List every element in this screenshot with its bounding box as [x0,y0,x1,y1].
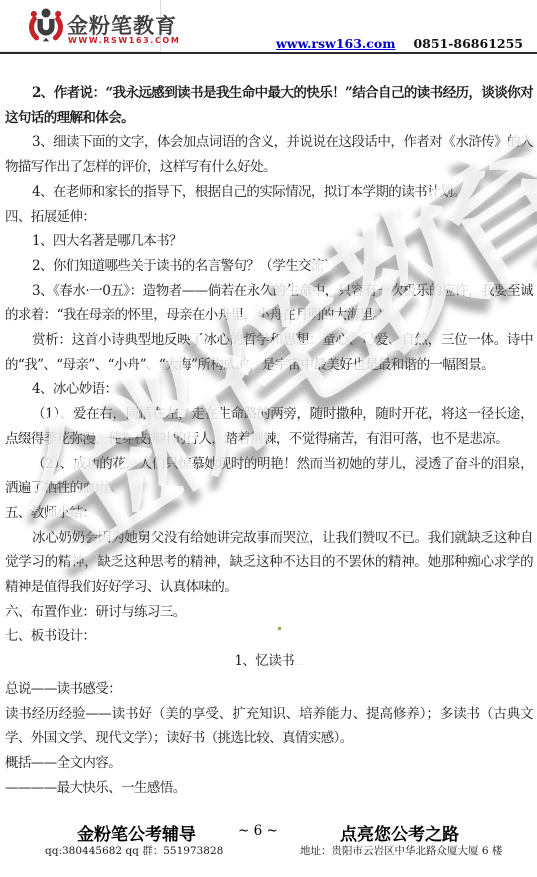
header-divider [0,52,537,54]
body-paragraph: 3、细读下面的文字，体会加点词语的含义，并说说在这段话中，作者对《水浒传》的人物… [5,130,533,179]
section-heading: 四、拓展延伸： [5,205,533,230]
section-heading: 五、教师小结： [5,501,533,526]
footer-address: 地址：贵阳市云岩区中华北路众厦大厦 6 楼 [300,843,502,858]
people-u-logo-icon [28,6,64,52]
board-title: 1、忆读书...... [5,649,533,677]
tiny-annotation: ...... [294,661,304,667]
logo: 金粉笔教育 WWW.RSW163.COM [0,0,161,52]
document-body: 2、作者说：“我永远感到读书是我生命中最大的快乐！”结合自己的读书经历，谈谈你对… [5,81,533,800]
website-link[interactable]: www.rsw163.com [276,36,395,51]
body-paragraph: 冰心奶奶会因为她舅父没有给她讲完故事而哭泣，让我们赞叹不已。我们就缺乏这种自觉学… [5,526,533,600]
phone-number: 0851-86861255 [413,36,523,51]
header-contact: www.rsw163.com0851-86861255 [276,36,523,51]
body-paragraph: 总说——读书感受： [5,677,533,702]
body-paragraph: （2）、成功的花，人们只惊慕她现时的明艳！然而当初她的芽儿，浸透了奋斗的泪泉，洒… [5,452,533,501]
document-page: 金粉笔教育 WWW.RSW163.COM www.rsw163.com0851-… [0,0,537,877]
body-paragraph: 读书经历经验——读书好（美的享受、扩充知识、培养能力、提高修养）；多读书（古典文… [5,702,533,751]
body-paragraph: 2、作者说：“我永远感到读书是我生命中最大的快乐！”结合自己的读书经历，谈谈你对… [5,81,533,130]
body-paragraph: （1）、爱在右，同情在左，走在生命路的两旁，随时撒种，随时开花，将这一径长途，点… [5,402,533,451]
footer-slogan: 点亮您公考之路 [340,820,459,845]
body-paragraph: 1、四大名著是哪几本书？ [5,229,533,254]
body-paragraph: ————最大快乐、一生感悟。 [5,776,533,801]
body-paragraph: 3、《春水·一0五》：造物者——倘若在永久的生命中，只容有一次极乐的应许，我要至… [5,279,533,328]
body-paragraph: 2、你们知道哪些关于读书的名言警句？（学生交流） [5,254,533,279]
footer-qq-info: qq:380445682 qq 群：551973828 [45,843,223,858]
section-heading: 七、板书设计： [5,624,533,649]
page-number: ~ 6 ~ [238,823,278,839]
spellcheck-dot [278,627,281,630]
brand-site-url: WWW.RSW163.COM [68,36,180,45]
footer-brand-title: 金粉笔公考辅导 [77,820,196,845]
body-paragraph: 4、在老师和家长的指导下，根据自己的实际情况，拟订本学期的读书计划。 [5,180,533,205]
body-paragraph: 概括——全文内容。 [5,751,533,776]
section-heading: 六、布置作业：研讨与练习三。 [5,600,533,625]
body-paragraph: 赏析：这首小诗典型地反映了冰心的哲学和思想：童心、母爱、自然，三位一体。诗中的“… [5,328,533,377]
board-title-text: 1、忆读书 [234,653,294,669]
body-paragraph: 4、冰心妙语： [5,377,533,402]
